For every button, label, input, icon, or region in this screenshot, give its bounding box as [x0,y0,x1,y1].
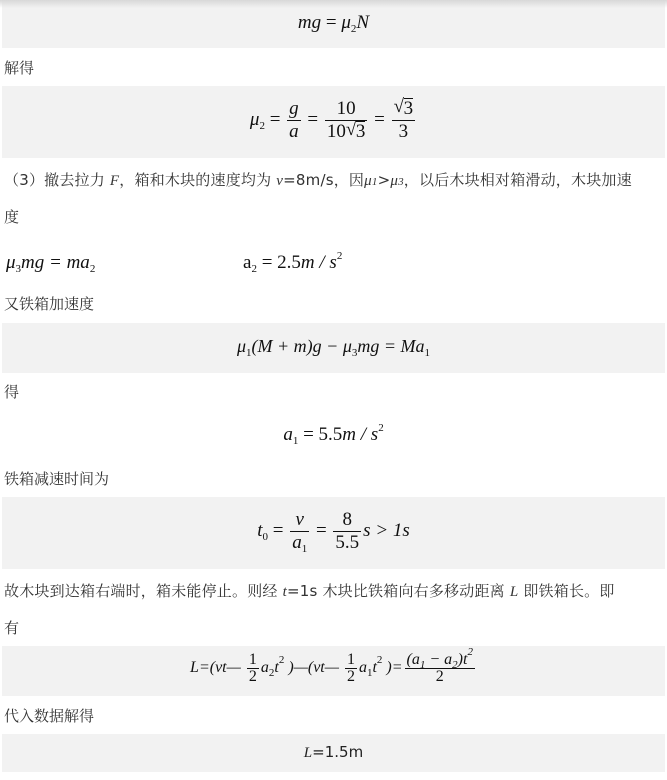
formula-a1-value: a1 = 5.5m / s2 [0,424,667,446]
text-conclusion-line1: 故木块到达箱右端时，箱未能停止。则经 t=1s 木块比铁箱向右多移动距离 L 即… [4,581,615,602]
text-part3-line1: （3）撤去拉力 F，箱和木块的速度均为 v=8m/s，因μ1>μ3，以后木块相对… [4,170,632,192]
formula-L-result: L=1.5m [0,743,667,762]
formula-box-5: L=(vt— 12a2t2 )—(vt— 12a1t2 )=(a1 − a2)t… [2,646,665,696]
text-substitute: 代入数据解得 [4,706,94,726]
formula-box-4: t0 = v a1 = 8 5.5 s > 1s [2,497,665,569]
fraction-one-half: 12 [247,652,259,685]
sqrt-symbol: 3 [394,98,414,120]
fraction-g-over-a: g a [287,98,301,143]
text-part3-line2: 度 [4,207,19,227]
formula-box-6: L=1.5m [2,734,665,772]
sqrt-symbol: 3 [346,121,366,143]
fraction-10-over-10root3: 10 103 [325,98,368,143]
text-conclusion-line2: 有 [4,618,19,638]
formula-box-3: μ1(M + m)g − μ3mg = Ma1 [2,323,665,373]
formula-box-2: μ2 = g a = 10 103 = 3 3 [2,86,665,158]
fraction-one-half: 12 [345,652,357,685]
top-shadow [0,0,667,8]
formula-box-1: mg = μ2N [2,0,665,48]
formula-mu3mg-eq-ma2: μ3mg = ma2 [6,252,95,274]
text-deceleration-time: 铁箱减速时间为 [4,469,109,489]
formula-box-dynamics: μ1(M + m)g − μ3mg = Ma1 [0,336,667,357]
fraction-root3-over-3: 3 3 [392,98,416,143]
fraction-rhs: (a1 − a2)t22 [405,652,475,685]
fraction-v-over-a1: v a1 [290,509,309,554]
formula-mg-eq-mu2N: mg = μ2N [0,12,667,34]
text-jiede: 解得 [4,58,34,78]
formula-t0: t0 = v a1 = 8 5.5 s > 1s [0,509,667,554]
text-de: 得 [4,382,19,402]
formula-mu2-solution: μ2 = g a = 10 103 = 3 3 [0,98,667,143]
fraction-8-over-5.5: 8 5.5 [333,509,361,554]
text-box-acceleration: 又铁箱加速度 [4,294,94,314]
formula-a2-value: a2 = 2.5m / s2 [243,252,342,274]
formula-L-expression: L=(vt— 12a2t2 )—(vt— 12a1t2 )=(a1 − a2)t… [0,652,667,685]
